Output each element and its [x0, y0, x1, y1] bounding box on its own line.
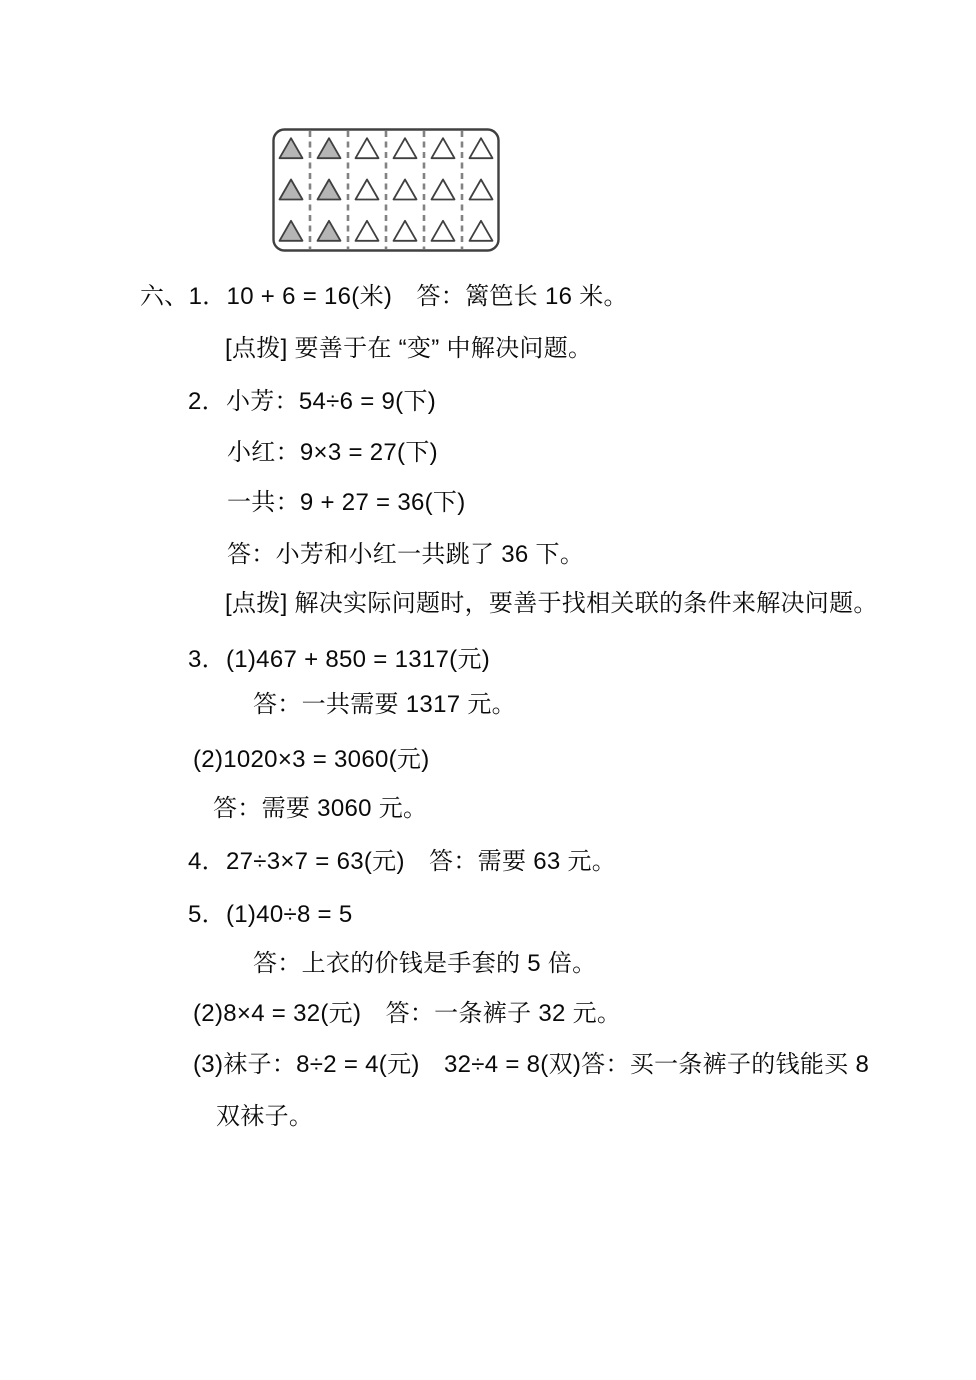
hint-line-item2: [点拨] 解决实际问题时，要善于找相关联的条件来解决问题。 — [225, 590, 878, 618]
answer-line-section6-item1: 六、1．10 + 6 = 16(米) 答：篱笆长 16 米。 — [140, 283, 628, 311]
answer-line-item5-part1: 5．(1)40÷8 = 5 — [188, 901, 353, 929]
answer-line-item5-part3: (3)袜子：8÷2 = 4(元) 32÷4 = 8(双)答：买一条裤子的钱能买 … — [193, 1051, 869, 1079]
triangle-grid-svg — [272, 128, 500, 252]
answer-line-item3-part2-answer: 答：需要 3060 元。 — [213, 795, 427, 823]
answer-line-item2-xiaohong: 小红：9×3 = 27(下) — [227, 439, 438, 467]
answer-line-item2-total: 一共：9 + 27 = 36(下) — [227, 489, 466, 517]
answer-line-item2-xiaofang: 2．小芳：54÷6 = 9(下) — [188, 388, 436, 416]
hint-line-item1: [点拨] 要善于在 “变” 中解决问题。 — [225, 335, 592, 363]
answer-line-item5-part1-answer: 答：上衣的价钱是手套的 5 倍。 — [253, 950, 596, 978]
answer-line-item3-part2: (2)1020×3 = 3060(元) — [193, 746, 430, 774]
page: 六、1．10 + 6 = 16(米) 答：篱笆长 16 米。 [点拨] 要善于在… — [0, 0, 976, 1380]
answer-line-item5-part3-wrap: 双袜子。 — [216, 1103, 313, 1131]
answer-line-item5-part2: (2)8×4 = 32(元) 答：一条裤子 32 元。 — [193, 1000, 621, 1028]
answer-line-item4: 4．27÷3×7 = 63(元) 答：需要 63 元。 — [188, 848, 616, 876]
answer-line-item3-part1-answer: 答：一共需要 1317 元。 — [253, 691, 516, 719]
answer-line-item3-part1: 3．(1)467 + 850 = 1317(元) — [188, 646, 490, 674]
answer-line-item2-answer: 答：小芳和小红一共跳了 36 下。 — [227, 541, 584, 569]
triangle-figure — [272, 128, 500, 252]
